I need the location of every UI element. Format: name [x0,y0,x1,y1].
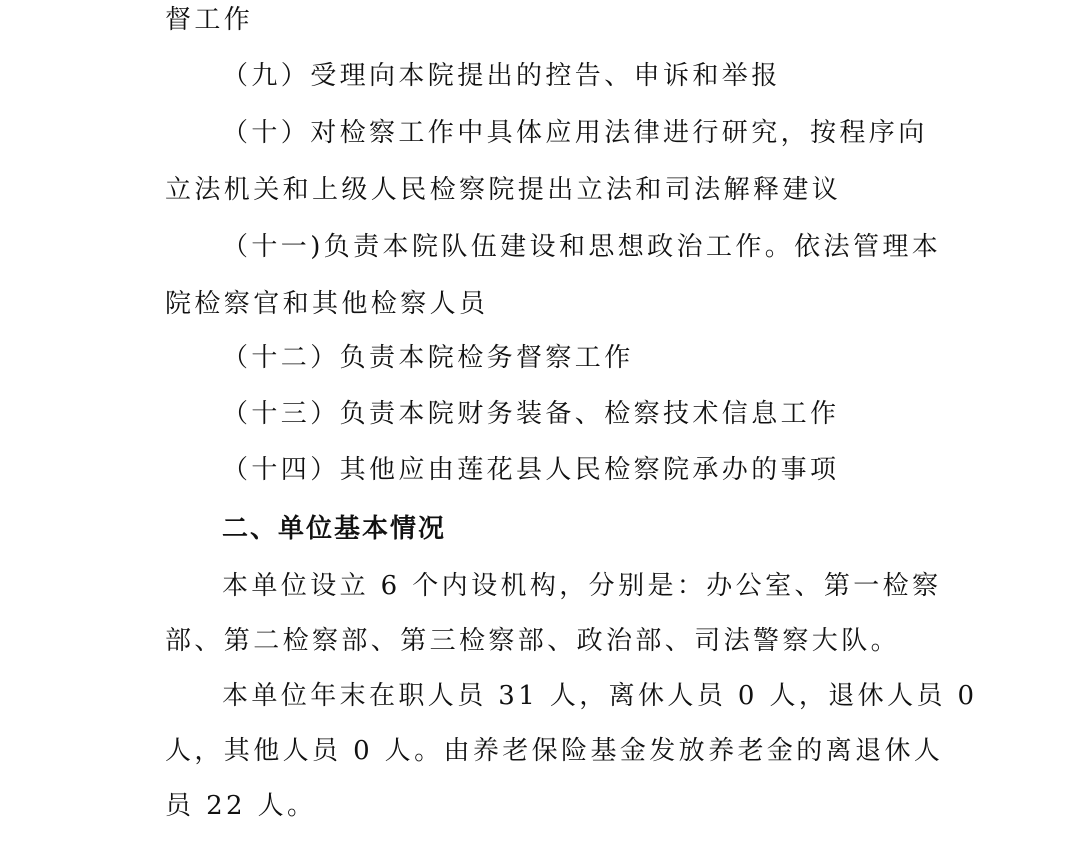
paragraph-org-line1: 本单位设立 6 个内设机构，分别是：办公室、第一检察 [222,570,941,602]
list-item-10-continued: 立法机关和上级人民检察院提出立法和司法解释建议 [165,174,841,206]
list-item-9: （九）受理向本院提出的控告、申诉和举报 [222,60,781,92]
list-item-14: （十四）其他应由莲花县人民检察院承办的事项 [222,454,839,486]
document-page: 督工作 （九）受理向本院提出的控告、申诉和举报 （十）对检察工作中具体应用法律进… [0,0,1074,841]
paragraph-org-line2: 部、第二检察部、第三检察部、政治部、司法警察大队。 [165,625,900,657]
section-heading: 二、单位基本情况 [222,513,446,545]
paragraph-staff-line2: 人，其他人员 0 人。由养老保险基金发放养老金的离退休人 [165,735,943,767]
list-item-11: （十一)负责本院队伍建设和思想政治工作。依法管理本 [222,231,941,263]
list-item-11-continued: 院检察官和其他检察人员 [165,288,488,320]
text-line: 督工作 [165,4,253,36]
paragraph-staff-line1: 本单位年末在职人员 31 人，离休人员 0 人，退休人员 0 [222,680,978,712]
list-item-12: （十二）负责本院检务督察工作 [222,342,634,374]
paragraph-staff-line3: 员 22 人。 [165,790,316,822]
list-item-10: （十）对检察工作中具体应用法律进行研究，按程序向 [222,117,928,149]
list-item-13: （十三）负责本院财务装备、检察技术信息工作 [222,398,839,430]
